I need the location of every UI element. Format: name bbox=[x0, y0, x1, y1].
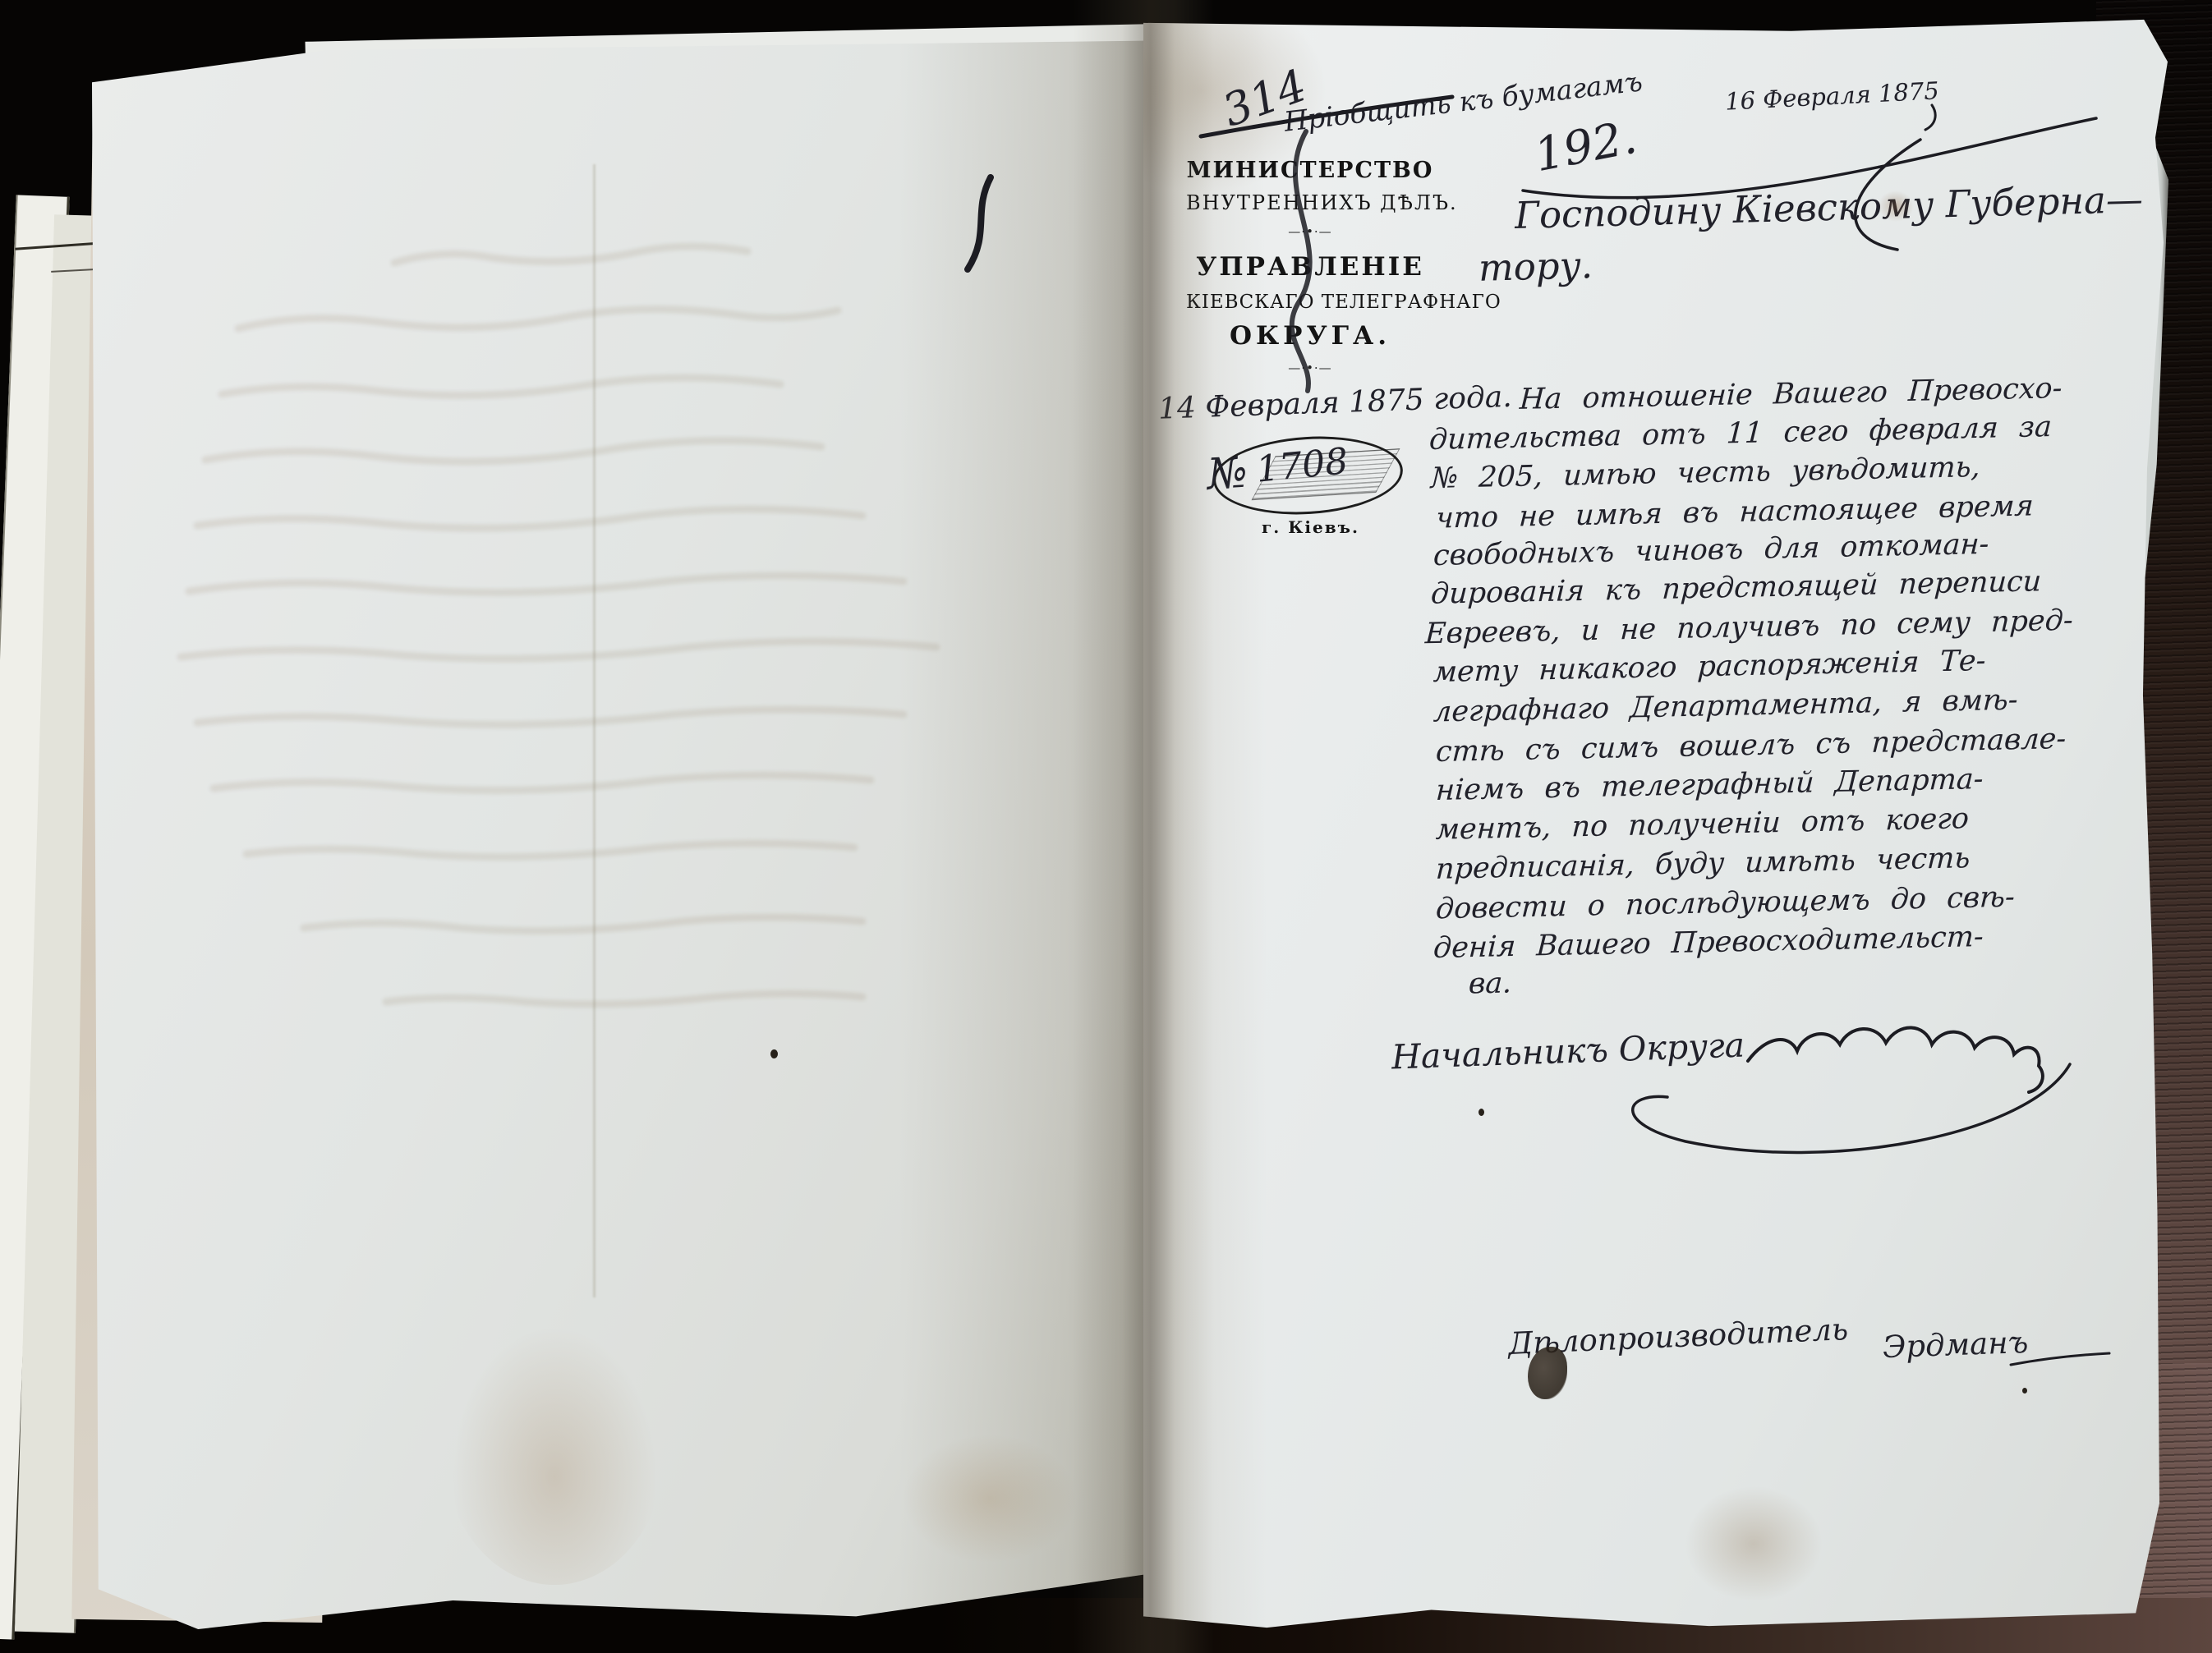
salutation-line: тору. bbox=[1478, 243, 1593, 290]
bleed-through-text bbox=[123, 164, 1109, 1232]
archival-photo: МИНИСТЕРСТВО ВНУТРЕННИХЪ ДѢЛЪ. —·•·— УПР… bbox=[0, 0, 2212, 1653]
letterhead-office-name: КІЕВСКАГО ТЕЛЕГРАФНАГО bbox=[1186, 292, 1434, 313]
letterhead-office: УПРАВЛЕНІЕ bbox=[1186, 252, 1434, 282]
letterhead-office-округ: ОКРУГА. bbox=[1186, 321, 1434, 351]
ink-speck bbox=[2022, 1388, 2027, 1394]
letterhead-city: г. Кіевъ. bbox=[1222, 517, 1399, 537]
ink-speck bbox=[770, 1049, 778, 1058]
ink-stain bbox=[1878, 191, 1914, 222]
paper-crease bbox=[593, 164, 596, 1297]
letterhead-ministry: МИНИСТЕРСТВО bbox=[1186, 158, 1434, 183]
ink-speck bbox=[1478, 1109, 1484, 1116]
body-line: ва. bbox=[1468, 967, 1512, 1000]
water-stain bbox=[895, 1429, 1084, 1568]
water-stain bbox=[444, 1314, 665, 1585]
book-gutter-shadow bbox=[1073, 0, 1214, 1653]
letterhead: МИНИСТЕРСТВО ВНУТРЕННИХЪ ДѢЛЪ. —·•·— УПР… bbox=[1186, 158, 1434, 375]
ornament-divider-icon: —·•·— bbox=[1186, 360, 1434, 375]
foxing-stain bbox=[1676, 1478, 1832, 1609]
ornament-divider-icon: —·•·— bbox=[1186, 224, 1434, 239]
document-number: 1708 bbox=[1254, 440, 1350, 490]
letterhead-ministry-dept: ВНУТРЕННИХЪ ДѢЛЪ. bbox=[1186, 191, 1434, 214]
clerk-signature: Эрдманъ bbox=[1882, 1325, 2029, 1365]
